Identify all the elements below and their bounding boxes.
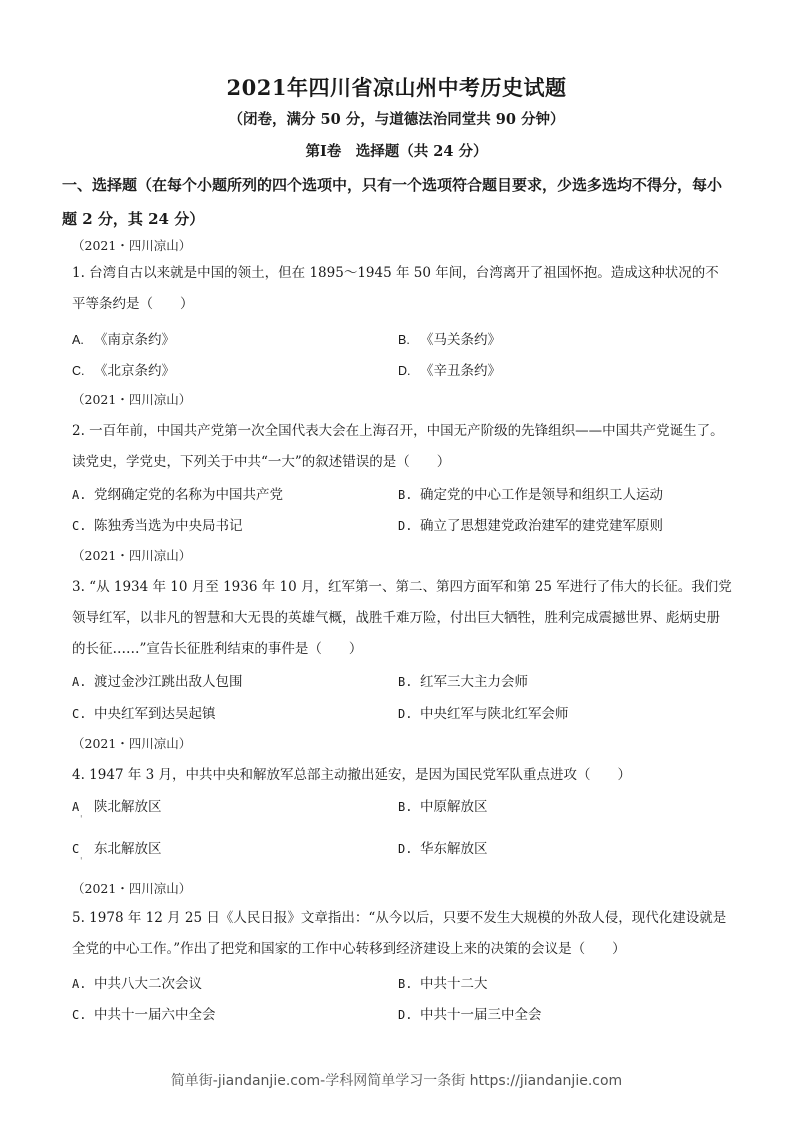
option-letter: B. xyxy=(398,800,420,814)
option-letter: B. xyxy=(398,333,420,347)
question-source: （2021・四川凉山） xyxy=(72,879,191,897)
footer-watermark: 简单街-jiandanjie.com-学科网简单学习一条街 https://ji… xyxy=(0,1070,793,1090)
exam-subtitle: （闭卷，满分 50 分，与道德法治同堂共 90 分钟） xyxy=(0,108,793,129)
option-letter: D. xyxy=(398,519,420,533)
option-a: A.《南京条约》 xyxy=(72,328,175,348)
option-text: 中共十一届三中全会 xyxy=(420,1007,542,1023)
option-c: C.中央红军到达吴起镇 xyxy=(72,702,216,722)
option-letter: A. xyxy=(72,488,94,502)
option-letter: D. xyxy=(398,1008,420,1022)
option-b: B.中共十二大 xyxy=(398,972,488,992)
section-heading: 一、选择题（在每个小题所列的四个选项中，只有一个选项符合题目要求，少选多选均不得… xyxy=(62,168,732,236)
option-letter: C. xyxy=(72,519,94,533)
option-text: 陕北解放区 xyxy=(94,799,162,815)
option-letter: A. xyxy=(72,333,94,347)
option-text: 确定党的中心工作是领导和组织工人运动 xyxy=(420,487,663,503)
option-d: D.中央红军与陕北红军会师 xyxy=(398,702,569,722)
option-a: A.中共八大二次会议 xyxy=(72,972,202,992)
question-stem: 5. 1978 年 12 月 25 日《人民日报》文章指出：“从今以后，只要不发… xyxy=(72,903,732,965)
option-letter: C. xyxy=(72,364,94,378)
option-text: 红军三大主力会师 xyxy=(420,674,528,690)
option-a: A陕北解放区 xyxy=(72,795,162,815)
stray-mark: ' xyxy=(80,815,82,825)
option-letter: C xyxy=(72,842,94,856)
option-letter: D. xyxy=(398,364,420,378)
option-text: 华东解放区 xyxy=(420,841,488,857)
option-text: 党纲确定党的名称为中国共产党 xyxy=(94,487,283,503)
option-text: 中共十二大 xyxy=(420,976,488,992)
question-stem: 3. “从 1934 年 10 月至 1936 年 10 月，红军第一、第二、第… xyxy=(72,572,732,665)
option-letter: A. xyxy=(72,977,94,991)
question-stem: 2. 一百年前，中国共产党第一次全国代表大会在上海召开，中国无产阶级的先锋组织—… xyxy=(72,416,732,478)
option-text: 《辛丑条约》 xyxy=(420,363,501,379)
option-c: C.中共十一届六中全会 xyxy=(72,1003,216,1023)
option-letter: B. xyxy=(398,977,420,991)
stray-mark: ' xyxy=(80,857,82,867)
option-letter: C. xyxy=(72,707,94,721)
option-text: 中共十一届六中全会 xyxy=(94,1007,216,1023)
option-d: D.华东解放区 xyxy=(398,837,488,857)
option-letter: A xyxy=(72,800,94,814)
option-b: B.红军三大主力会师 xyxy=(398,670,528,690)
option-text: 中央红军与陕北红军会师 xyxy=(420,706,569,722)
exam-title: 2021年四川省凉山州中考历史试题 xyxy=(0,72,793,102)
option-a: A.党纲确定党的名称为中国共产党 xyxy=(72,483,283,503)
option-text: 《马关条约》 xyxy=(420,332,501,348)
question-stem: 1. 台湾自古以来就是中国的领土，但在 1895～1945 年 50 年间，台湾… xyxy=(72,258,732,320)
option-c: C.陈独秀当选为中央局书记 xyxy=(72,514,243,534)
option-d: D.中共十一届三中全会 xyxy=(398,1003,542,1023)
option-text: 《南京条约》 xyxy=(94,332,175,348)
option-b: B.中原解放区 xyxy=(398,795,488,815)
option-letter: B. xyxy=(398,675,420,689)
option-text: 陈独秀当选为中央局书记 xyxy=(94,518,243,534)
question-source: （2021・四川凉山） xyxy=(72,734,191,752)
question-stem: 4. 1947 年 3 月，中共中央和解放军总部主动撤出延安，是因为国民党军队重… xyxy=(72,760,732,791)
option-a: A.渡过金沙江跳出敌人包围 xyxy=(72,670,243,690)
option-text: 确立了思想建党政治建军的建党建军原则 xyxy=(420,518,663,534)
question-source: （2021・四川凉山） xyxy=(72,546,191,564)
option-c: C.《北京条约》 xyxy=(72,359,175,379)
option-text: 中央红军到达吴起镇 xyxy=(94,706,216,722)
question-source: （2021・四川凉山） xyxy=(72,390,191,408)
question-source: （2021・四川凉山） xyxy=(72,236,191,254)
volume-heading: 第Ⅰ卷 选择题（共 24 分） xyxy=(0,140,793,161)
option-text: 中共八大二次会议 xyxy=(94,976,202,992)
option-text: 《北京条约》 xyxy=(94,363,175,379)
option-b: B.《马关条约》 xyxy=(398,328,501,348)
option-letter: D. xyxy=(398,842,420,856)
option-d: D.确立了思想建党政治建军的建党建军原则 xyxy=(398,514,663,534)
option-letter: A. xyxy=(72,675,94,689)
option-text: 渡过金沙江跳出敌人包围 xyxy=(94,674,243,690)
option-d: D.《辛丑条约》 xyxy=(398,359,501,379)
exam-page: 2021年四川省凉山州中考历史试题 （闭卷，满分 50 分，与道德法治同堂共 9… xyxy=(0,0,793,1122)
option-text: 东北解放区 xyxy=(94,841,162,857)
option-text: 中原解放区 xyxy=(420,799,488,815)
option-letter: B. xyxy=(398,488,420,502)
option-letter: D. xyxy=(398,707,420,721)
option-b: B.确定党的中心工作是领导和组织工人运动 xyxy=(398,483,663,503)
option-letter: C. xyxy=(72,1008,94,1022)
option-c: C东北解放区 xyxy=(72,837,162,857)
